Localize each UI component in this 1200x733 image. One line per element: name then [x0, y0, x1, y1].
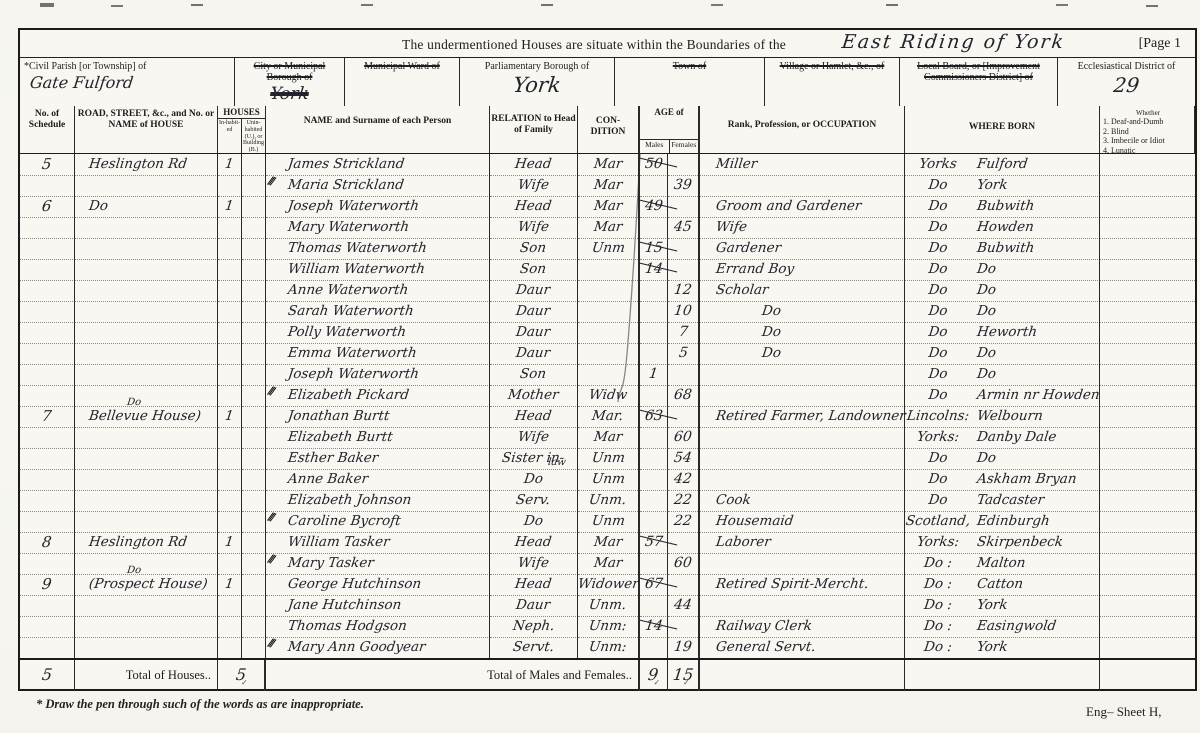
cell-schedule [20, 301, 75, 323]
cell-where-born: Do :York [905, 637, 1100, 659]
town-label: Town of [673, 61, 706, 72]
cell-uninhabited [242, 406, 266, 428]
cell-disabilities [1100, 637, 1195, 659]
cell-disabilities [1100, 406, 1195, 428]
cell-name: Jane Hutchinson [266, 595, 490, 617]
table-row: Jane HutchinsonDaurUnm.44Do :York [20, 595, 1195, 616]
cell-relation: Mother [490, 385, 578, 407]
cell-inhabited [218, 637, 242, 659]
cell-condition: Mar. [578, 406, 640, 428]
cell-name: James Strickland [266, 154, 490, 176]
cell-road [75, 364, 218, 386]
cell-disabilities [1100, 280, 1195, 302]
cell-schedule [20, 637, 75, 659]
cell-age-male [640, 343, 668, 365]
civil-parish-label: *Civil Parish [or Township] of [24, 61, 146, 72]
cell-age-female: 7 [668, 322, 700, 344]
cell-occupation: Cook [700, 490, 905, 512]
cell-inhabited: 1 [218, 196, 242, 218]
cell-where-born: Do :York [905, 595, 1100, 617]
cell-schedule: 8 [20, 532, 75, 554]
cell-occupation: Retired Farmer, Landowner [700, 406, 905, 428]
totals-females-cell: 15 ✓ [668, 660, 700, 691]
cell-relation: Head [490, 532, 578, 554]
cell-occupation [700, 469, 905, 491]
cell-name: William Tasker [266, 532, 490, 554]
totals-mf-label-cell: Total of Males and Females.. [266, 660, 640, 691]
cell-road [75, 175, 218, 197]
cell-where-born: DoYork [905, 175, 1100, 197]
cell-where-born: DoDo [905, 280, 1100, 302]
check-icon: ✓ [683, 679, 690, 687]
cell-schedule [20, 217, 75, 239]
cell-inhabited: 1 [218, 574, 242, 596]
cell-name: ///Mary Ann Goodyear [266, 637, 490, 659]
cell-occupation: Gardener [700, 238, 905, 260]
cell-inhabited: 1 [218, 406, 242, 428]
cell-schedule [20, 490, 75, 512]
cell-where-born: Do :Easingwold [905, 616, 1100, 638]
cell-name: Elizabeth Burtt [266, 427, 490, 449]
cell-age-female: 19 [668, 637, 700, 659]
parliamentary-borough-label: Parliamentary Borough of [485, 61, 589, 72]
cell-schedule [20, 322, 75, 344]
cell-occupation: Do [700, 322, 905, 344]
cell-uninhabited [242, 448, 266, 470]
totals-schedule-value: 5 [40, 660, 54, 690]
municipal-borough-value: York [234, 84, 345, 104]
cell-road [75, 595, 218, 617]
cell-inhabited [218, 322, 242, 344]
cell-name: Emma Waterworth [266, 343, 490, 365]
cell-age-male [640, 175, 668, 197]
cell-age-female: 12 [668, 280, 700, 302]
cell-road [75, 322, 218, 344]
table-row: Anne BakerDoUnm42DoAskham Bryan [20, 469, 1195, 490]
totals-empty-disabilities [1100, 660, 1195, 691]
cell-condition: Unm. [578, 595, 640, 617]
cell-schedule [20, 175, 75, 197]
cell-where-born: Scotland,Edinburgh [905, 511, 1100, 533]
ecclesiastical-district-cell: Ecclesiastical District of 29 [1058, 58, 1195, 106]
cell-inhabited [218, 238, 242, 260]
cell-relation: Wife [490, 175, 578, 197]
table-row: Sarah WaterworthDaur10DoDoDo [20, 301, 1195, 322]
uninhabited-sub-header: Unin-habited (U.), or Building (B.) [242, 119, 265, 153]
cell-disabilities [1100, 448, 1195, 470]
cell-road: Do [75, 196, 218, 218]
cell-where-born: DoDo [905, 301, 1100, 323]
females-sub-header: Females [670, 140, 699, 153]
check-icon: ✓ [654, 679, 661, 687]
cell-condition: Unm [578, 238, 640, 260]
cell-occupation: Housemaid [700, 511, 905, 533]
disabilities-4: 4. Lunatic [1103, 146, 1135, 153]
cell-road [75, 616, 218, 638]
cell-disabilities [1100, 574, 1195, 596]
col-houses-header: HOUSES In-habit-ed Unin-habited (U.), or… [218, 106, 266, 153]
cell-disabilities [1100, 217, 1195, 239]
cell-road [75, 259, 218, 281]
table-row: Emma WaterworthDaur5DoDoDo [20, 343, 1195, 364]
cell-where-born: DoDo [905, 259, 1100, 281]
cell-relation: Daur [490, 343, 578, 365]
cell-road: Do(Prospect House) [75, 574, 218, 596]
cell-condition: Widw [578, 385, 640, 407]
cell-relation: Do [490, 511, 578, 533]
cell-age-female: 44 [668, 595, 700, 617]
table-row: Polly WaterworthDaur7DoDoHeworth [20, 322, 1195, 343]
cell-schedule: 9 [20, 574, 75, 596]
cell-occupation [700, 553, 905, 575]
cell-age-male: 14 [640, 259, 668, 281]
local-board-cell: Local Board, or [Improvement Commissione… [900, 58, 1058, 106]
cell-age-male: 63 [640, 406, 668, 428]
cell-uninhabited [242, 616, 266, 638]
cell-name: George Hutchinson [266, 574, 490, 596]
cell-where-born: DoDo [905, 364, 1100, 386]
civil-parish-value: Gate Fulford [23, 73, 235, 92]
cell-age-male [640, 280, 668, 302]
cell-schedule [20, 259, 75, 281]
cell-inhabited [218, 427, 242, 449]
cell-age-male [640, 511, 668, 533]
cell-where-born: DoBubwith [905, 238, 1100, 260]
cell-road [75, 217, 218, 239]
cell-name: ///Caroline Bycroft [266, 511, 490, 533]
cell-name: Anne Waterworth [266, 280, 490, 302]
cell-disabilities [1100, 238, 1195, 260]
cell-condition: Unm [578, 448, 640, 470]
cell-age-male [640, 469, 668, 491]
cell-uninhabited [242, 574, 266, 596]
cell-condition [578, 280, 640, 302]
col-born-header: WHERE BORN [905, 106, 1100, 153]
cell-inhabited [218, 385, 242, 407]
cell-disabilities [1100, 511, 1195, 533]
cell-road [75, 343, 218, 365]
cell-age-female [668, 532, 700, 554]
cell-relation: Neph. [490, 616, 578, 638]
cell-disabilities [1100, 154, 1195, 176]
cell-age-male: 1 [640, 364, 668, 386]
cell-uninhabited [242, 301, 266, 323]
census-scan-page: The undermentioned Houses are situate wi… [0, 0, 1200, 733]
cell-age-female: 22 [668, 511, 700, 533]
cell-schedule: 5 [20, 154, 75, 176]
cell-condition: Mar [578, 175, 640, 197]
cell-uninhabited [242, 175, 266, 197]
cell-relation: Son [490, 238, 578, 260]
cell-relation: Wife [490, 553, 578, 575]
table-row: Elizabeth BurttWifeMar60Yorks:Danby Dale [20, 427, 1195, 448]
cell-relation: Daur [490, 301, 578, 323]
col-road-header: ROAD, STREET, &c., and No. or NAME of HO… [75, 106, 218, 153]
age-group-label: AGE of [640, 106, 698, 139]
cell-inhabited [218, 217, 242, 239]
cell-condition: Unm: [578, 637, 640, 659]
cell-where-born: Yorks:Danby Dale [905, 427, 1100, 449]
cell-age-female [668, 154, 700, 176]
village-hamlet-cell: Village or Hamlet, &c., of [765, 58, 900, 106]
cell-road [75, 280, 218, 302]
cell-uninhabited [242, 259, 266, 281]
village-hamlet-label: Village or Hamlet, &c., of [780, 61, 885, 72]
table-row: Anne WaterworthDaur12ScholarDoDo [20, 280, 1195, 301]
cell-road [75, 301, 218, 323]
form-footnote: * Draw the pen through such of the words… [36, 697, 364, 712]
cell-inhabited [218, 301, 242, 323]
cell-road [75, 385, 218, 407]
cell-inhabited [218, 616, 242, 638]
cell-occupation: General Servt. [700, 637, 905, 659]
cell-uninhabited [242, 385, 266, 407]
cell-disabilities [1100, 385, 1195, 407]
cell-uninhabited [242, 217, 266, 239]
cell-uninhabited [242, 364, 266, 386]
cell-name: Polly Waterworth [266, 322, 490, 344]
cell-name: William Waterworth [266, 259, 490, 281]
disabilities-3: 3. Imbecile or Idiot [1103, 136, 1165, 145]
sheet-label: Eng– Sheet H, [1086, 704, 1161, 720]
cell-road [75, 427, 218, 449]
table-row: ///Elizabeth PickardMotherWidw68DoArmin … [20, 385, 1195, 406]
col-disabilities-header: Whether 1. Deaf-and-Dumb 2. Blind 3. Imb… [1100, 106, 1195, 153]
cell-inhabited [218, 469, 242, 491]
cell-schedule [20, 448, 75, 470]
cell-schedule [20, 364, 75, 386]
cell-occupation: Laborer [700, 532, 905, 554]
cell-inhabited: 1 [218, 154, 242, 176]
boundary-handwritten-value: East Riding of York [841, 31, 1067, 53]
cell-age-female: 60 [668, 553, 700, 575]
totals-houses-label-cell: Total of Houses.. [75, 660, 218, 691]
cell-where-born: DoDo [905, 343, 1100, 365]
cell-road [75, 490, 218, 512]
table-row: Elizabeth JohnsonServ.Unm.22CookDoTadcas… [20, 490, 1195, 511]
table-row: Mary WaterworthWifeMar45WifeDoHowden [20, 217, 1195, 238]
cell-disabilities [1100, 175, 1195, 197]
col-condition-header: CON-DITION [578, 106, 640, 153]
cell-occupation [700, 448, 905, 470]
municipal-ward-label: Municipal Ward of [364, 61, 440, 72]
cell-uninhabited [242, 343, 266, 365]
table-row: 7DoBellevue House)1Jonathan BurttHeadMar… [20, 406, 1195, 427]
cell-schedule [20, 616, 75, 638]
cell-relation: Daur [490, 322, 578, 344]
cell-age-female: 39 [668, 175, 700, 197]
cell-where-born: Yorks:Skirpenbeck [905, 532, 1100, 554]
cell-where-born: DoHowden [905, 217, 1100, 239]
cell-road [75, 448, 218, 470]
cell-occupation: Miller [700, 154, 905, 176]
males-sub-header: Males [640, 140, 670, 153]
table-row: William WaterworthSon14Errand BoyDoDo [20, 259, 1195, 280]
cell-age-female [668, 196, 700, 218]
inhabited-sub-header: In-habit-ed [218, 119, 242, 153]
table-row: 5Heslington Rd1James StricklandHeadMar50… [20, 154, 1195, 175]
cell-uninhabited [242, 196, 266, 218]
cell-schedule: 7 [20, 406, 75, 428]
cell-name: Joseph Waterworth [266, 364, 490, 386]
local-board-label: Local Board, or [Improvement Commissione… [917, 61, 1040, 83]
cell-age-female: 5 [668, 343, 700, 365]
cell-age-female [668, 238, 700, 260]
household-end-mark: /// [265, 550, 275, 570]
cell-where-born: DoDo [905, 448, 1100, 470]
cell-age-male [640, 385, 668, 407]
cell-name: ///Maria Strickland [266, 175, 490, 197]
totals-row: 5 Total of Houses.. 5 ✓ Total of Males a… [20, 658, 1195, 691]
cell-age-male [640, 490, 668, 512]
page-number-label: [Page 1 [1139, 36, 1181, 52]
cell-disabilities [1100, 364, 1195, 386]
disabilities-2: 2. Blind [1103, 127, 1129, 136]
cell-age-female: 68 [668, 385, 700, 407]
cell-occupation [700, 427, 905, 449]
cell-condition [578, 343, 640, 365]
cell-name: Thomas Hodgson [266, 616, 490, 638]
cell-age-male [640, 637, 668, 659]
cell-where-born: DoAskham Bryan [905, 469, 1100, 491]
cell-where-born: DoHeworth [905, 322, 1100, 344]
cell-where-born: DoArmin nr Howden [905, 385, 1100, 407]
cell-disabilities [1100, 469, 1195, 491]
civil-parish-cell: *Civil Parish [or Township] of Gate Fulf… [20, 58, 235, 106]
cell-condition [578, 259, 640, 281]
cell-disabilities [1100, 595, 1195, 617]
table-row: 6Do1Joseph WaterworthHeadMar49Groom and … [20, 196, 1195, 217]
cell-uninhabited [242, 490, 266, 512]
cell-uninhabited [242, 511, 266, 533]
cell-occupation [700, 175, 905, 197]
cell-disabilities [1100, 259, 1195, 281]
cell-name: Jonathan Burtt [266, 406, 490, 428]
household-end-mark: /// [265, 172, 275, 192]
cell-condition: Unm. [578, 490, 640, 512]
cell-where-born: DoTadcaster [905, 490, 1100, 512]
cell-age-male [640, 427, 668, 449]
cell-occupation: Railway Clerk [700, 616, 905, 638]
cell-age-female: 54 [668, 448, 700, 470]
cell-road [75, 469, 218, 491]
cell-condition: Widower [578, 574, 640, 596]
cell-uninhabited [242, 532, 266, 554]
cell-relation: Son [490, 259, 578, 281]
cell-schedule [20, 385, 75, 407]
cell-name: Elizabeth Johnson [266, 490, 490, 512]
cell-disabilities [1100, 343, 1195, 365]
cell-age-male [640, 448, 668, 470]
cell-occupation: Errand Boy [700, 259, 905, 281]
cell-uninhabited [242, 595, 266, 617]
cell-occupation [700, 385, 905, 407]
disabilities-whether: Whether [1103, 109, 1193, 117]
cell-age-female [668, 406, 700, 428]
boundary-statement: The undermentioned Houses are situate wi… [402, 37, 786, 53]
cell-name: ///Mary Tasker [266, 553, 490, 575]
col-name-header: NAME and Surname of each Person [266, 106, 490, 153]
cell-occupation: Do [700, 301, 905, 323]
table-row: Esther BakerSister in-lawUnm54DoDo [20, 448, 1195, 469]
cell-uninhabited [242, 637, 266, 659]
cell-disabilities [1100, 427, 1195, 449]
totals-empty-occupation [700, 660, 905, 691]
cell-inhabited: 1 [218, 532, 242, 554]
household-end-mark: /// [265, 382, 275, 402]
cell-age-male: 50 [640, 154, 668, 176]
cell-uninhabited [242, 238, 266, 260]
cell-inhabited [218, 553, 242, 575]
cell-relation: Sister in-law [490, 448, 578, 470]
cell-condition [578, 322, 640, 344]
cell-relation: Wife [490, 427, 578, 449]
cell-relation: Head [490, 574, 578, 596]
cell-age-female [668, 364, 700, 386]
cell-age-female: 45 [668, 217, 700, 239]
col-relation-header: RELATION to Head of Family [490, 106, 578, 153]
cell-road [75, 637, 218, 659]
totals-males-cell: 9 ✓ [640, 660, 668, 691]
totals-mf-label: Total of Males and Females.. [487, 668, 632, 682]
table-row: ///Mary TaskerWifeMar60Do :Malton [20, 553, 1195, 574]
cell-schedule [20, 343, 75, 365]
cell-occupation: Scholar [700, 280, 905, 302]
cell-uninhabited [242, 469, 266, 491]
cell-road: Heslington Rd [75, 532, 218, 554]
disabilities-1: 1. Deaf-and-Dumb [1103, 117, 1163, 126]
cell-occupation [700, 364, 905, 386]
col-schedule-header: No. of Schedule [20, 106, 75, 153]
municipal-ward-cell: Municipal Ward of [345, 58, 460, 106]
cell-age-female: 60 [668, 427, 700, 449]
cell-inhabited [218, 448, 242, 470]
table-row: 9Do(Prospect House)1George HutchinsonHea… [20, 574, 1195, 595]
location-header: *Civil Parish [or Township] of Gate Fulf… [20, 57, 1195, 106]
cell-schedule [20, 511, 75, 533]
cell-inhabited [218, 595, 242, 617]
cell-inhabited [218, 259, 242, 281]
cell-schedule [20, 595, 75, 617]
parliamentary-borough-cell: Parliamentary Borough of York [460, 58, 615, 106]
cell-occupation: Wife [700, 217, 905, 239]
houses-group-label: HOUSES [218, 106, 265, 119]
table-row: Thomas WaterworthSonUnm15GardenerDoBubwi… [20, 238, 1195, 259]
cell-age-male: 14 [640, 616, 668, 638]
cell-disabilities [1100, 196, 1195, 218]
cell-road [75, 553, 218, 575]
cell-name: ///Elizabeth Pickard [266, 385, 490, 407]
cell-disabilities [1100, 532, 1195, 554]
totals-empty-born [905, 660, 1100, 691]
municipal-borough-cell: City or Municipal Borough of York [235, 58, 345, 106]
cell-condition: Mar [578, 532, 640, 554]
cell-condition [578, 301, 640, 323]
cell-disabilities [1100, 616, 1195, 638]
cell-relation: Serv. [490, 490, 578, 512]
ecclesiastical-district-value: 29 [1057, 73, 1197, 97]
cell-condition: Unm [578, 511, 640, 533]
cell-inhabited [218, 280, 242, 302]
municipal-borough-label: City or Municipal Borough of [254, 61, 326, 83]
cell-name: Sarah Waterworth [266, 301, 490, 323]
check-icon: ✓ [241, 679, 248, 687]
cell-name: Mary Waterworth [266, 217, 490, 239]
cell-name: Anne Baker [266, 469, 490, 491]
cell-age-male: 49 [640, 196, 668, 218]
cell-age-female [668, 574, 700, 596]
table-row: ///Mary Ann GoodyearServt.Unm:19General … [20, 637, 1195, 658]
